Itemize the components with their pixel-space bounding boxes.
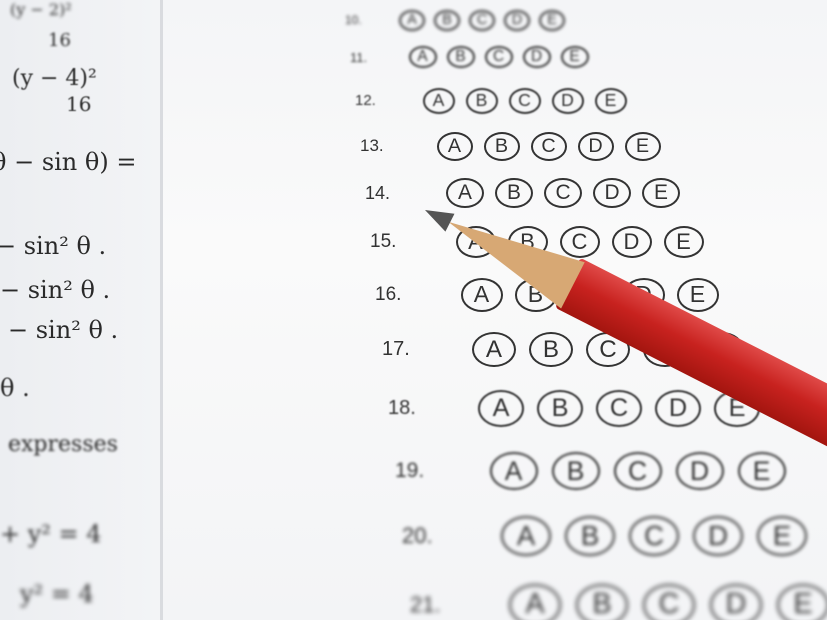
math-line: expresses (8, 432, 118, 457)
answer-bubble-d[interactable]: D (552, 88, 584, 114)
answer-bubble-c[interactable]: C (629, 516, 679, 556)
answer-bubble-a[interactable]: A (478, 390, 524, 427)
question-number: 19. (395, 459, 490, 483)
math-line: − sin² θ . (0, 276, 110, 304)
answer-bubble-d[interactable]: D (710, 584, 762, 620)
answer-bubble-d[interactable]: D (655, 390, 701, 427)
answer-bubble-b[interactable]: B (565, 516, 615, 556)
answer-bubble-b[interactable]: B (495, 178, 533, 208)
answer-bubble-b[interactable]: B (576, 584, 628, 620)
question-number: 18. (388, 397, 478, 420)
question-number: 20. (402, 523, 501, 549)
math-worksheet: (y − 2)²16(y − 4)²16θ − sin θ) =− sin² θ… (0, 0, 163, 620)
question-number: 12. (355, 92, 423, 109)
answer-bubble-e[interactable]: E (642, 178, 680, 208)
math-line: 16 (66, 92, 91, 116)
answer-bubble-a[interactable]: A (399, 10, 425, 31)
answer-bubble-d[interactable]: D (523, 46, 551, 68)
answer-bubble-b[interactable]: B (529, 332, 573, 367)
answer-row: 14.ABCDE (365, 178, 691, 208)
answer-bubble-c[interactable]: C (469, 10, 495, 31)
answer-row: 20.ABCDE (402, 516, 821, 556)
answer-bubble-d[interactable]: D (504, 10, 530, 31)
answer-bubble-d[interactable]: D (693, 516, 743, 556)
answer-bubble-a[interactable]: A (490, 452, 538, 490)
math-line: (y − 2)² (10, 0, 72, 19)
question-number: 21. (410, 592, 509, 618)
answer-bubble-c[interactable]: C (643, 584, 695, 620)
question-number: 16. (375, 284, 461, 306)
answer-bubble-e[interactable]: E (595, 88, 627, 114)
math-line: 16 (48, 30, 71, 51)
math-line: − sin² θ . (8, 316, 118, 344)
answer-bubble-d[interactable]: D (676, 452, 724, 490)
answer-bubble-a[interactable]: A (437, 132, 473, 161)
question-number: 13. (360, 136, 437, 156)
answer-bubble-a[interactable]: A (509, 584, 561, 620)
answer-bubble-d[interactable]: D (578, 132, 614, 161)
answer-row: 19.ABCDE (395, 452, 800, 490)
question-number: 17. (382, 338, 472, 361)
answer-bubble-c[interactable]: C (509, 88, 541, 114)
answer-row: 13.ABCDE (360, 132, 672, 161)
answer-bubble-e[interactable]: E (777, 584, 827, 620)
math-line: θ − sin θ) = (0, 148, 136, 176)
answer-bubble-c[interactable]: C (544, 178, 582, 208)
math-line: − sin² θ . (0, 232, 106, 260)
answer-bubble-c[interactable]: C (614, 452, 662, 490)
answer-row: 18.ABCDE (388, 390, 773, 427)
question-number: 10. (345, 13, 399, 27)
answer-bubble-a[interactable]: A (409, 46, 437, 68)
answer-bubble-e[interactable]: E (561, 46, 589, 68)
answer-bubble-a[interactable]: A (423, 88, 455, 114)
answer-row: 10.ABCDE (345, 10, 574, 31)
answer-bubble-a[interactable]: A (461, 278, 503, 312)
math-line: + y² = 4 (0, 520, 102, 548)
answer-bubble-d[interactable]: D (593, 178, 631, 208)
answer-bubble-e[interactable]: E (539, 10, 565, 31)
answer-bubble-c[interactable]: C (531, 132, 567, 161)
answer-row: 21.ABCDE (410, 584, 827, 620)
answer-row: 12.ABCDE (355, 88, 638, 114)
answer-bubble-a[interactable]: A (472, 332, 516, 367)
answer-bubble-b[interactable]: B (484, 132, 520, 161)
answer-bubble-b[interactable]: B (466, 88, 498, 114)
answer-bubble-e[interactable]: E (757, 516, 807, 556)
answer-bubble-b[interactable]: B (537, 390, 583, 427)
answer-bubble-e[interactable]: E (738, 452, 786, 490)
answer-row: 11.ABCDE (350, 46, 599, 68)
answer-bubble-c[interactable]: C (485, 46, 513, 68)
math-line: (y − 4)² (12, 66, 97, 91)
answer-bubble-b[interactable]: B (552, 452, 600, 490)
math-line: y² = 4 (20, 580, 94, 608)
answer-bubble-b[interactable]: B (434, 10, 460, 31)
math-line: θ . (0, 374, 30, 402)
answer-bubble-e[interactable]: E (664, 226, 704, 258)
question-number: 11. (350, 50, 409, 65)
answer-bubble-a[interactable]: A (501, 516, 551, 556)
answer-bubble-e[interactable]: E (625, 132, 661, 161)
answer-bubble-d[interactable]: D (612, 226, 652, 258)
answer-bubble-b[interactable]: B (447, 46, 475, 68)
answer-bubble-c[interactable]: C (596, 390, 642, 427)
